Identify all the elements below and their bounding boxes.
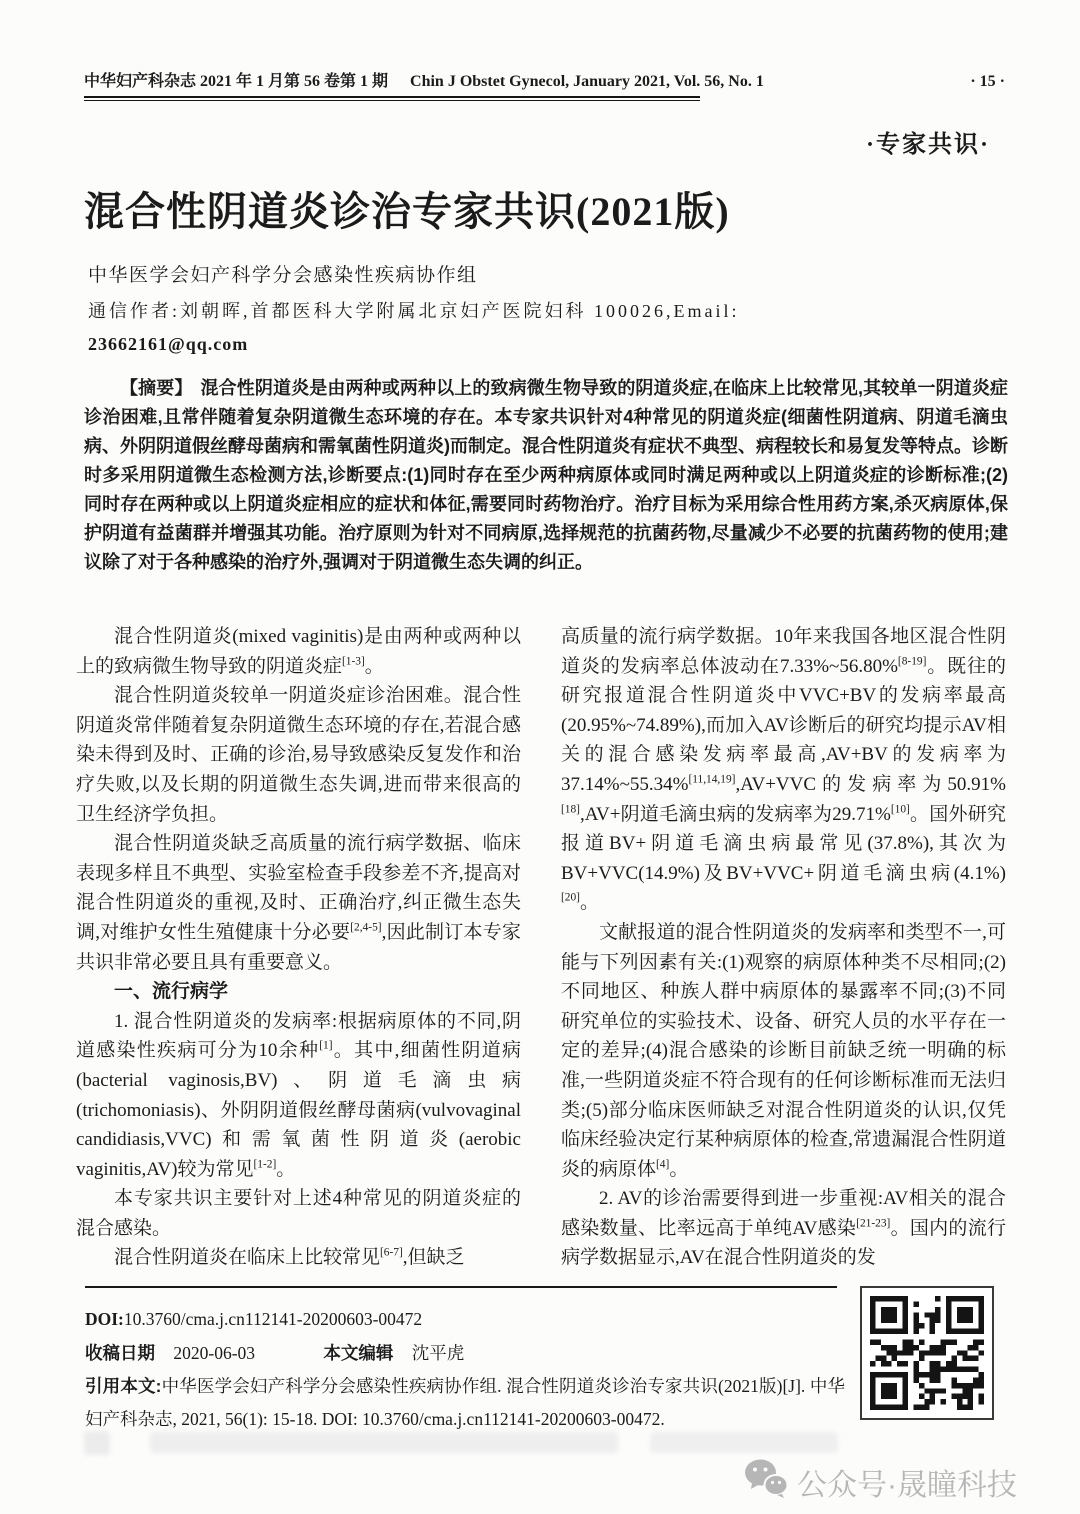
watermark-blur-right: [650, 1432, 838, 1453]
article-title: 混合性阴道炎诊治专家共识(2021版): [84, 180, 730, 237]
received-date: 2020-06-03: [173, 1343, 255, 1363]
author-group: 中华医学会妇产科学分会感染性疾病协作组: [88, 260, 478, 287]
doi-value: 10.3760/cma.j.cn112141-20200603-00472: [124, 1309, 422, 1329]
paragraph: 混合性阴道炎(mixed vaginitis)是由两种或两种以上的致病微生物导致…: [76, 622, 521, 681]
journal-citation-en: Chin J Obstet Gynecol, January 2021, Vol…: [410, 73, 764, 91]
scan-artifact: [84, 1431, 110, 1455]
paragraph: 本专家共识主要针对上述4种常见的阴道炎症的混合感染。: [76, 1184, 521, 1243]
section-tag: ·专家共识·: [866, 124, 990, 159]
citation-line: 引用本文:中华医学会妇产科学分会感染性疾病协作组. 混合性阴道炎诊治专家共识(2…: [85, 1370, 845, 1436]
paragraph: 1. 混合性阴道炎的发病率:根据病原体的不同,阴道感染性疾病可分为10余种[1]…: [76, 1007, 521, 1185]
article-body: 混合性阴道炎(mixed vaginitis)是由两种或两种以上的致病微生物导致…: [76, 622, 1006, 1273]
paragraph: 混合性阴道炎在临床上比较常见[6-7],但缺乏: [76, 1243, 521, 1273]
doi-line: DOI:10.3760/cma.j.cn112141-20200603-0047…: [85, 1302, 845, 1336]
page-number: · 15 ·: [970, 73, 1005, 91]
paragraph: 混合性阴道炎缺乏高质量的流行病学数据、临床表现多样且不典型、实验室检查手段参差不…: [76, 829, 521, 977]
watermark-blur-left: [150, 1432, 618, 1453]
paragraph: 高质量的流行病学数据。10年来我国各地区混合性阴道炎的发病率总体波动在7.33%…: [561, 622, 1006, 918]
article-footer: DOI:10.3760/cma.j.cn112141-20200603-0047…: [85, 1302, 845, 1436]
abstract-block: 【摘要】混合性阴道炎是由两种或两种以上的致病微生物导致的阴道炎症,在临床上比较常…: [84, 374, 1008, 577]
correspondence-line: 通信作者:刘朝晖,首都医科大学附属北京妇产医院妇科 100026,Email:: [88, 297, 740, 323]
citation-label: 引用本文:: [85, 1376, 161, 1396]
editor-label: 本文编辑: [323, 1343, 393, 1363]
watermark: 公众号·晟瞳科技: [744, 1458, 1017, 1506]
doi-label: DOI:: [85, 1309, 124, 1329]
section-heading: 一、流行病学: [76, 977, 521, 1007]
qr-code-pattern: [870, 1296, 984, 1410]
page-header: 中华妇产科杂志 2021 年 1 月第 56 卷第 1 期 Chin J Obs…: [84, 68, 1005, 101]
received-label: 收稿日期: [85, 1343, 155, 1363]
column-left: 混合性阴道炎(mixed vaginitis)是由两种或两种以上的致病微生物导致…: [76, 622, 521, 1273]
paragraph: 混合性阴道炎较单一阴道炎症诊治困难。混合性阴道炎常伴随着复杂阴道微生态环境的存在…: [76, 681, 521, 829]
paragraph: 2. AV的诊治需要得到进一步重视:AV相关的混合感染数量、比率远高于单纯AV感…: [561, 1184, 1006, 1273]
footnote-rule: [85, 1286, 837, 1288]
received-line: 收稿日期 2020-06-03 本文编辑 沈平虎: [85, 1336, 845, 1370]
correspondence-email: 23662161@qq.com: [88, 334, 248, 355]
running-head: 中华妇产科杂志 2021 年 1 月第 56 卷第 1 期 Chin J Obs…: [84, 68, 1005, 91]
editor-name: 沈平虎: [412, 1343, 465, 1363]
journal-citation-cn: 中华妇产科杂志 2021 年 1 月第 56 卷第 1 期: [84, 68, 388, 91]
wechat-icon: [744, 1458, 788, 1506]
journal-page: 中华妇产科杂志 2021 年 1 月第 56 卷第 1 期 Chin J Obs…: [0, 0, 1080, 1514]
paragraph: 文献报道的混合性阴道炎的发病率和类型不一,可能与下列因素有关:(1)观察的病原体…: [561, 918, 1006, 1184]
header-rule: [84, 96, 700, 101]
qr-code: [860, 1286, 994, 1420]
watermark-text: 公众号·晟瞳科技: [797, 1460, 1017, 1504]
citation-text: 中华医学会妇产科学分会感染性疾病协作组. 混合性阴道炎诊治专家共识(2021版)…: [85, 1376, 845, 1429]
column-right: 高质量的流行病学数据。10年来我国各地区混合性阴道炎的发病率总体波动在7.33%…: [561, 622, 1006, 1273]
abstract-label: 【摘要】: [120, 378, 193, 398]
abstract-text: 混合性阴道炎是由两种或两种以上的致病微生物导致的阴道炎症,在临床上比较常见,其较…: [84, 378, 1008, 572]
